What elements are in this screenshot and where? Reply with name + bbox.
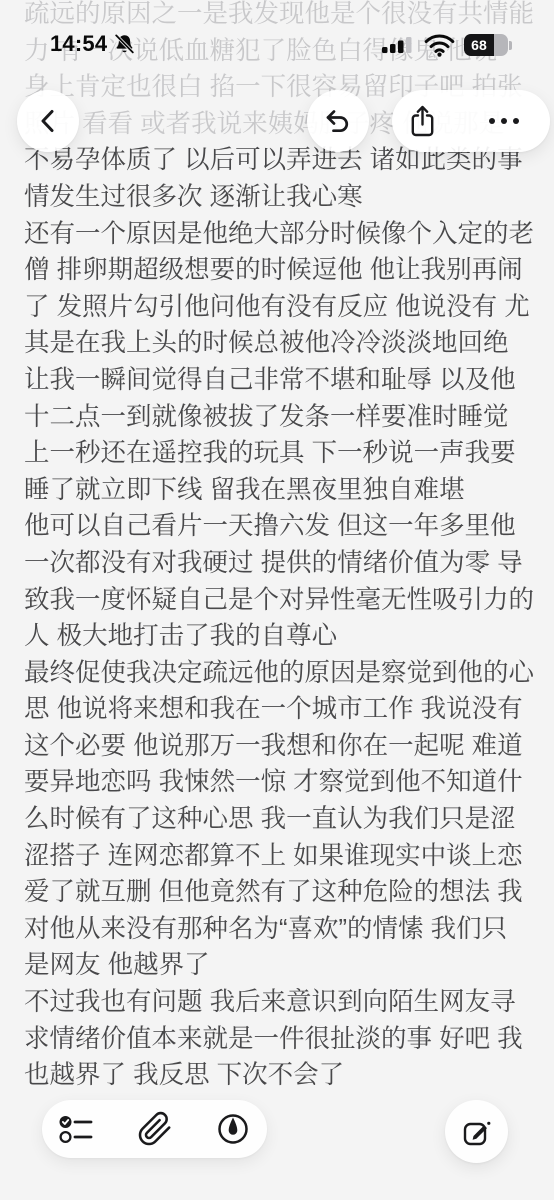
status-time: 14:54 [50,31,107,57]
chevron-left-icon [35,106,61,136]
checklist-button[interactable] [58,1114,95,1145]
note-line: 这个必要 他说那万一我想和你在一起呢 难道 [24,728,544,765]
markup-button[interactable] [215,1111,251,1147]
note-line: 让我一瞬间觉得自己非常不堪和耻辱 以及他 [24,362,544,399]
note-line: 是网友 他越界了 [24,947,544,984]
note-line: 睡了就立即下线 留我在黑夜里独自难堪 [24,472,544,509]
status-bar-right: 68 [382,32,512,58]
paperclip-icon [137,1111,173,1147]
note-line: 爱了就互删 但他竟然有了这种危险的想法 我 [24,874,544,911]
note-line: 也越界了 我反思 下次不会了 [24,1057,544,1094]
note-line: 十二点一到就像被拔了发条一样要准时睡觉 [24,399,544,436]
notes-app-screen: 疏远的原因之一是我发现他是个很没有共情能力 有一次说低血糖犯了脸色白得像鬼 他说… [0,0,554,1200]
pen-in-circle-icon [215,1111,251,1147]
note-line: 其是在我上头的时候总被他冷冷淡淡地回绝 [24,325,544,362]
battery-indicator: 68 [464,34,512,56]
compose-icon [460,1115,494,1149]
note-line: 还有一个原因是他绝大部分时候像个入定的老 [24,216,544,253]
battery-percent: 68 [471,37,487,53]
nav-actions-pill [392,90,550,152]
wifi-icon [424,34,455,57]
note-line: 思 他说将来想和我在一个城市工作 我说没有 [24,691,544,728]
note-line: 人 极大地打击了我的自尊心 [24,618,544,655]
share-up-arrow-icon [409,104,436,138]
ellipsis-icon [488,117,520,125]
back-button[interactable] [17,90,79,152]
toolbar-pill [42,1100,267,1158]
note-line: 一次都没有对我硬过 提供的情绪价值为零 导 [24,545,544,582]
note-line: 僧 排卵期超级想要的时候逗他 他让我别再闹 [24,252,544,289]
undo-arrow-icon [323,107,353,135]
note-line: 上一秒还在遥控我的玩具 下一秒说一声我要 [24,435,544,472]
undo-button[interactable] [307,90,369,152]
attachment-button[interactable] [137,1111,173,1147]
note-content[interactable]: 疏远的原因之一是我发现他是个很没有共情能力 有一次说低血糖犯了脸色白得像鬼 他说… [24,0,544,1094]
bell-slash-icon [112,32,137,57]
note-line: 情发生过很多次 逐渐让我心寒 [24,179,544,216]
note-line: 他可以自己看片一天撸六发 但这一年多里他 [24,508,544,545]
note-line: 求情绪价值本来就是一件很扯淡的事 好吧 我 [24,1021,544,1058]
compose-button[interactable] [445,1100,508,1163]
status-bar-left: 14:54 [50,29,137,59]
note-line: 最终促使我决定疏远他的原因是察觉到他的心 [24,655,544,692]
note-line: 不过我也有问题 我后来意识到向陌生网友寻 [24,984,544,1021]
note-line: 要异地恋吗 我悚然一惊 才察觉到他不知道什 [24,764,544,801]
note-line: 么时候有了这种心思 我一直认为我们只是涩 [24,801,544,838]
note-line: 致我一度怀疑自己是个对异性毫无性吸引力的 [24,582,544,619]
checklist-icon [58,1114,95,1145]
note-line: 疏远的原因之一是我发现他是个很没有共情能 [24,0,544,33]
share-button[interactable] [409,104,436,138]
more-button[interactable] [488,117,520,125]
cellular-signal-icon [382,37,415,53]
note-line: 涩搭子 连网恋都算不上 如果谁现实中谈上恋 [24,838,544,875]
note-line: 对他从来没有那种名为“喜欢”的情愫 我们只 [24,911,544,948]
note-line: 了 发照片勾引他问他有没有反应 他说没有 尤 [24,289,544,326]
battery-nub [509,41,512,50]
